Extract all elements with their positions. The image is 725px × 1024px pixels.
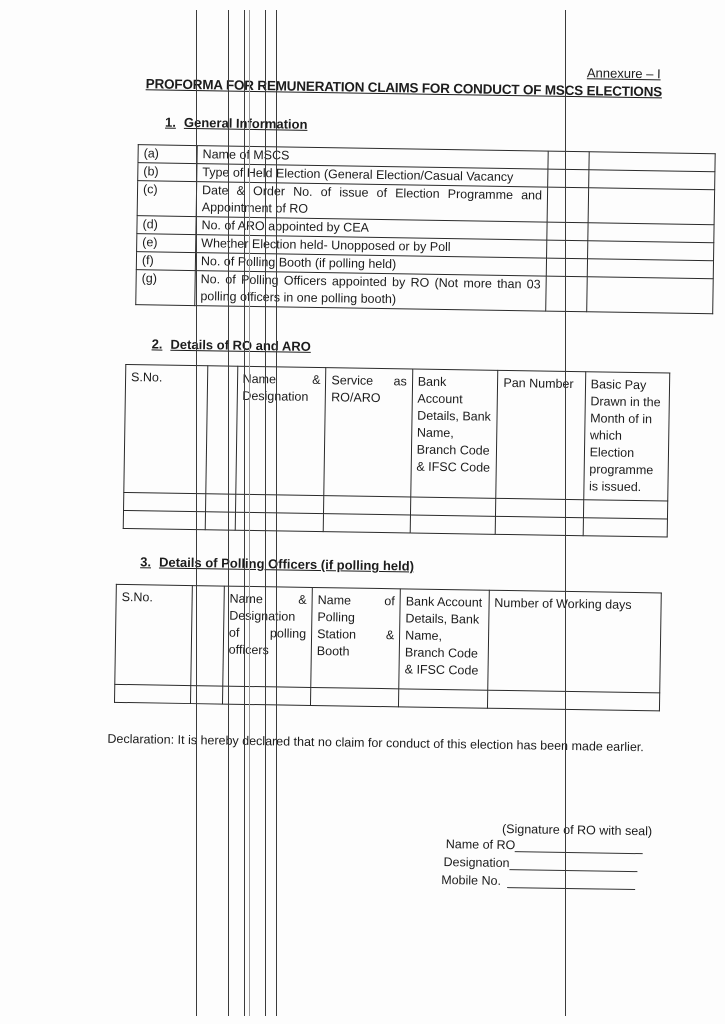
scan-artifact-line (276, 10, 277, 1016)
cell[interactable] (496, 516, 584, 535)
designation-field[interactable]: Designation (443, 855, 637, 872)
cell[interactable] (115, 684, 192, 703)
row-key: (f) (136, 252, 195, 271)
column-header: Number of Working days (487, 590, 661, 693)
signature-caption: (Signature of RO with seal) (502, 822, 652, 838)
value-cell[interactable] (587, 277, 714, 314)
cell[interactable] (324, 496, 411, 515)
section-title: Details of RO and ARO (170, 337, 311, 354)
ro-aro-details-table: S.No. Name & Designation Service as RO/A… (123, 364, 671, 538)
table-header-row: S.No. Name & Designation Service as RO/A… (124, 364, 670, 501)
section-number: 2. (152, 336, 163, 351)
annexure-label: Annexure – I (587, 65, 661, 81)
mobile-label: Mobile No. (441, 873, 501, 888)
value-cell[interactable] (588, 188, 715, 225)
name-of-ro-line[interactable] (515, 839, 643, 854)
scanned-page: Annexure – I PROFORMA FOR REMUNERATION C… (0, 0, 725, 1024)
scan-artifact-line (265, 10, 266, 1016)
value-cell[interactable] (547, 240, 588, 259)
name-of-ro-label: Name of RO (446, 837, 516, 852)
section-title: Details of Polling Officers (if polling … (159, 555, 414, 574)
mobile-field[interactable]: Mobile No. (441, 873, 635, 890)
row-key: (e) (137, 234, 196, 253)
designation-line[interactable] (509, 857, 637, 872)
column-header: Name & Designation of polling officers (223, 586, 313, 687)
scan-artifact-line (228, 10, 229, 1016)
cell[interactable] (496, 498, 584, 517)
column-header: Name of Polling Station & Booth (311, 587, 401, 688)
value-cell[interactable] (588, 223, 714, 243)
value-cell[interactable] (546, 276, 588, 312)
designation-label: Designation (443, 855, 509, 870)
cell[interactable] (399, 689, 488, 708)
column-header (206, 366, 238, 494)
cell[interactable] (205, 512, 235, 530)
document-title: PROFORMA FOR REMUNERATION CLAIMS FOR CON… (146, 76, 663, 99)
row-key: (c) (137, 181, 197, 217)
scan-artifact-line (249, 10, 250, 1016)
general-information-table: (a) Name of MSCS (b) Type of Held Electi… (135, 144, 715, 314)
cell[interactable] (222, 686, 310, 705)
section-title: General Information (184, 115, 308, 132)
row-label: No. of Polling Officers appointed by RO … (195, 271, 547, 312)
column-header: Bank Account Details, Bank Name, Branch … (410, 369, 498, 498)
value-cell[interactable] (548, 169, 589, 188)
column-header: S.No. (115, 584, 193, 685)
value-cell[interactable] (589, 170, 715, 190)
section-number: 1. (165, 115, 176, 130)
cell[interactable] (583, 518, 668, 537)
scan-artifact-line (196, 10, 197, 1016)
value-cell[interactable] (587, 259, 713, 279)
row-key: (b) (138, 163, 197, 182)
cell[interactable] (205, 494, 235, 512)
section-1-heading: 1.General Information (165, 115, 308, 132)
declaration-text: Declaration: It is hereby declared that … (107, 731, 662, 757)
column-header: Basic Pay Drawn in the Month of in which… (583, 372, 669, 501)
column-header: Service as RO/ARO (324, 368, 412, 497)
value-cell[interactable] (546, 258, 587, 277)
cell[interactable] (311, 687, 399, 706)
cell[interactable] (123, 510, 205, 529)
scan-artifact-line (244, 10, 245, 1016)
column-header: Bank Account Details, Bank Name, Branch … (399, 589, 489, 690)
scan-artifact-line (565, 10, 566, 1016)
value-cell[interactable] (588, 241, 714, 261)
row-key: (d) (137, 216, 196, 235)
value-cell[interactable] (548, 151, 589, 170)
cell[interactable] (124, 492, 206, 511)
column-header: Pan Number (496, 370, 585, 499)
cell[interactable] (410, 515, 496, 534)
value-cell[interactable] (547, 222, 588, 241)
section-2-heading: 2.Details of RO and ARO (152, 336, 311, 353)
cell[interactable] (583, 500, 668, 519)
cell[interactable] (487, 690, 660, 711)
cell[interactable] (324, 514, 411, 533)
row-key: (a) (138, 145, 197, 164)
cell[interactable] (410, 497, 496, 516)
section-number: 3. (140, 554, 151, 569)
name-of-ro-field[interactable]: Name of RO (446, 837, 644, 854)
value-cell[interactable] (589, 152, 715, 172)
mobile-line[interactable] (507, 875, 635, 890)
row-key: (g) (136, 270, 196, 306)
value-cell[interactable] (547, 187, 589, 223)
section-3-heading: 3.Details of Polling Officers (if pollin… (140, 554, 414, 573)
